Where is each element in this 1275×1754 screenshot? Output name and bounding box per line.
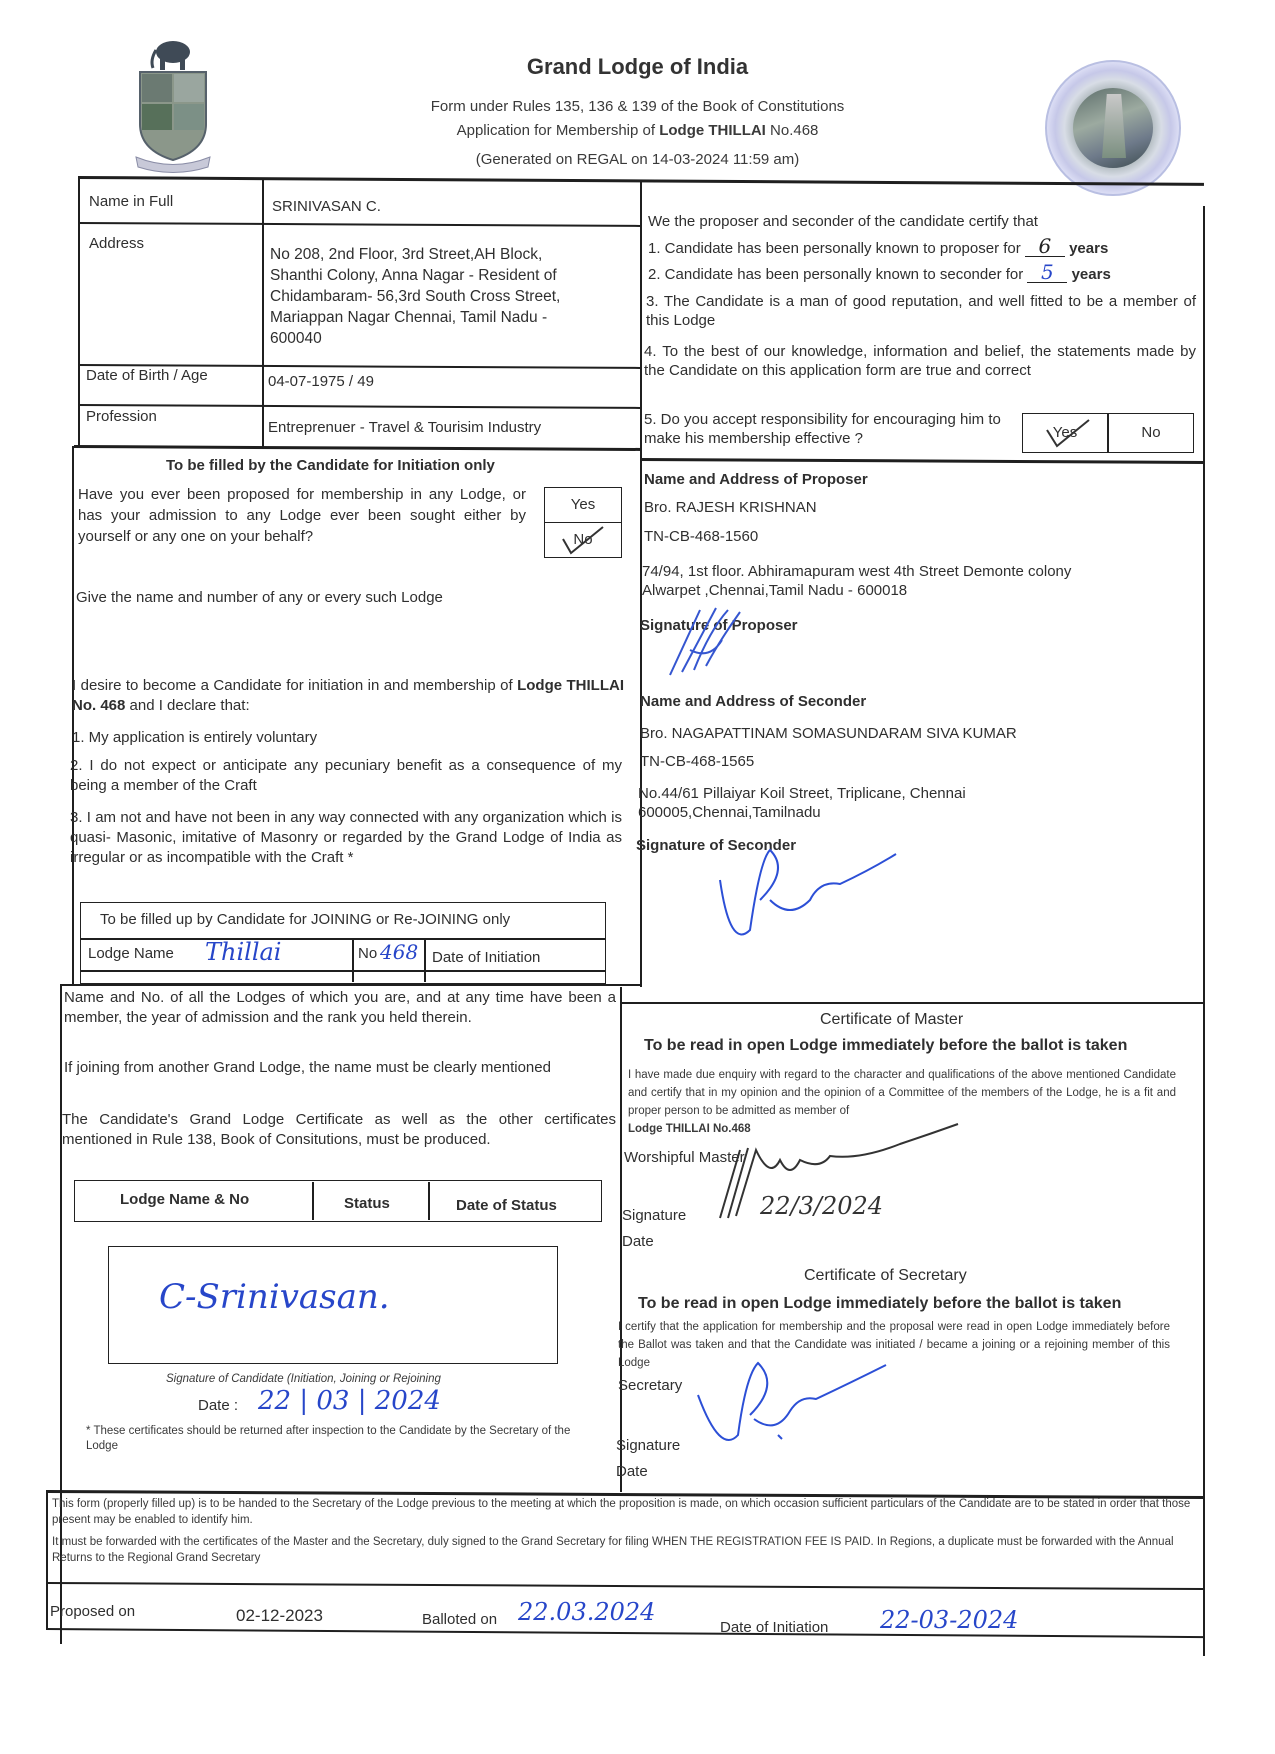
joining-lodge-name-label: Lodge Name [88,944,174,963]
proposed-before-yes-box[interactable]: Yes [544,487,622,523]
seconder-name: Bro. NAGAPATTINAM SOMASUNDARAM SIVA KUMA… [640,724,1017,743]
checkmark-icon [1043,416,1093,448]
proposed-before-no-box[interactable]: No [544,522,622,558]
address-label: Address [89,234,144,253]
give-lodge-name-prompt: Give the name and number of any or every… [76,588,443,607]
secretary-cert-subheading: To be read in open Lodge immediately bef… [638,1294,1121,1313]
checkmark-icon [559,525,609,555]
master-cert-body: I have made due enquiry with regard to t… [628,1066,1176,1120]
proposer-signature [660,600,770,680]
seconder-address: No.44/61 Pillaiyar Koil Street, Triplica… [638,784,966,822]
footer-note-2: It must be forwarded with the certificat… [52,1534,1198,1566]
secretary-cert-heading: Certificate of Secretary [804,1266,967,1285]
candidate-signature-caption: Signature of Candidate (Initiation, Join… [166,1372,441,1387]
certificates-footnote: * These certificates should be returned … [86,1424,586,1454]
proposed-on-value: 02-12-2023 [236,1606,323,1625]
joining-no-label: No [358,944,377,963]
seconder-heading: Name and Address of Seconder [640,692,866,711]
lodges-paragraph-2: If joining from another Grand Lodge, the… [64,1058,616,1078]
declaration-item-1: 1. My application is entirely voluntary [72,728,317,747]
certify-item-2: 2. Candidate has been personally known t… [648,263,1111,284]
joining-no-field[interactable]: 468 [380,940,418,964]
master-cert-heading: Certificate of Master [820,1010,963,1029]
secretary-signature [690,1355,890,1455]
master-signature-label: Signature [622,1206,686,1225]
lodge-name: Lodge THILLAI [659,122,766,139]
seconder-id: TN-CB-468-1565 [640,752,754,771]
certify-item-3: 3. The Candidate is a man of good reputa… [646,292,1196,330]
candidate-signature-box[interactable]: C-Srinivasan. [108,1246,558,1364]
footer-note-1: This form (properly filled up) is to be … [52,1496,1198,1528]
profession-label: Profession [86,407,157,426]
proposer-years-field[interactable]: 6 [1025,237,1065,257]
address-value: No 208, 2nd Floor, 3rd Street,AH Block, … [270,244,630,349]
certify-item-4: 4. To the best of our knowledge, informa… [644,342,1196,380]
date-of-initiation-field[interactable]: 22-03-2024 [880,1606,1018,1634]
secretary-date-label: Date [616,1462,648,1481]
candidate-date-field[interactable]: 22 | 03 | 2024 [258,1386,441,1416]
lodges-col-date: Date of Status [456,1196,557,1215]
master-cert-subheading: To be read in open Lodge immediately bef… [644,1036,1127,1055]
candidate-date-label: Date : [198,1396,238,1415]
certify-intro: We the proposer and seconder of the cand… [648,212,1038,231]
temple-seal-icon [1045,60,1181,196]
seconder-signature [700,840,900,950]
joining-date-label: Date of Initiation [432,948,540,967]
balloted-on-label: Balloted on [422,1610,497,1629]
joining-heading: To be filled up by Candidate for JOINING… [100,910,510,929]
certify-item-1: 1. Candidate has been personally known t… [648,237,1108,258]
initiation-heading: To be filled by the Candidate for Initia… [166,456,495,475]
responsibility-yes-box[interactable]: Yes [1022,413,1108,453]
date-of-initiation-label: Date of Initiation [720,1618,828,1637]
responsibility-no-box[interactable]: No [1108,413,1194,453]
name-value: SRINIVASAN C. [272,197,381,216]
joining-lodge-name-field[interactable]: Thillai [205,938,281,966]
dob-label: Date of Birth / Age [86,366,208,385]
lodges-paragraph-3: The Candidate's Grand Lodge Certificate … [62,1110,616,1150]
proposer-address: 74/94, 1st floor. Abhiramapuram west 4th… [642,562,1071,600]
declaration-item-2: 2. I do not expect or anticipate any pec… [70,756,622,796]
certify-item-5: 5. Do you accept responsibility for enco… [644,410,1024,448]
proposer-name: Bro. RAJESH KRISHNAN [644,498,817,517]
proposer-heading: Name and Address of Proposer [644,470,868,489]
declaration-intro: I desire to become a Candidate for initi… [72,676,624,716]
secretary-signature-label: Signature [616,1436,680,1455]
lodges-col-name: Lodge Name & No [120,1190,249,1209]
declaration-item-3: 3. I am not and have not been in any way… [70,808,622,868]
secretary-role: Secretary [618,1376,682,1395]
dob-value: 04-07-1975 / 49 [268,372,374,391]
profession-value: Entreprenuer - Travel & Tourisim Industr… [268,418,541,437]
lodges-paragraph-1: Name and No. of all the Lodges of which … [64,988,616,1028]
seconder-years-field[interactable]: 5 [1027,263,1067,283]
master-date-label: Date [622,1232,654,1251]
lodges-col-status: Status [344,1194,390,1213]
proposed-on-label: Proposed on [50,1602,135,1621]
initiation-question: Have you ever been proposed for membersh… [78,484,526,547]
proposer-id: TN-CB-468-1560 [644,527,758,546]
balloted-on-field[interactable]: 22.03.2024 [518,1598,655,1626]
master-date-field[interactable]: 22/3/2024 [760,1192,883,1220]
name-label: Name in Full [89,192,173,211]
candidate-signature: C-Srinivasan. [159,1277,390,1317]
